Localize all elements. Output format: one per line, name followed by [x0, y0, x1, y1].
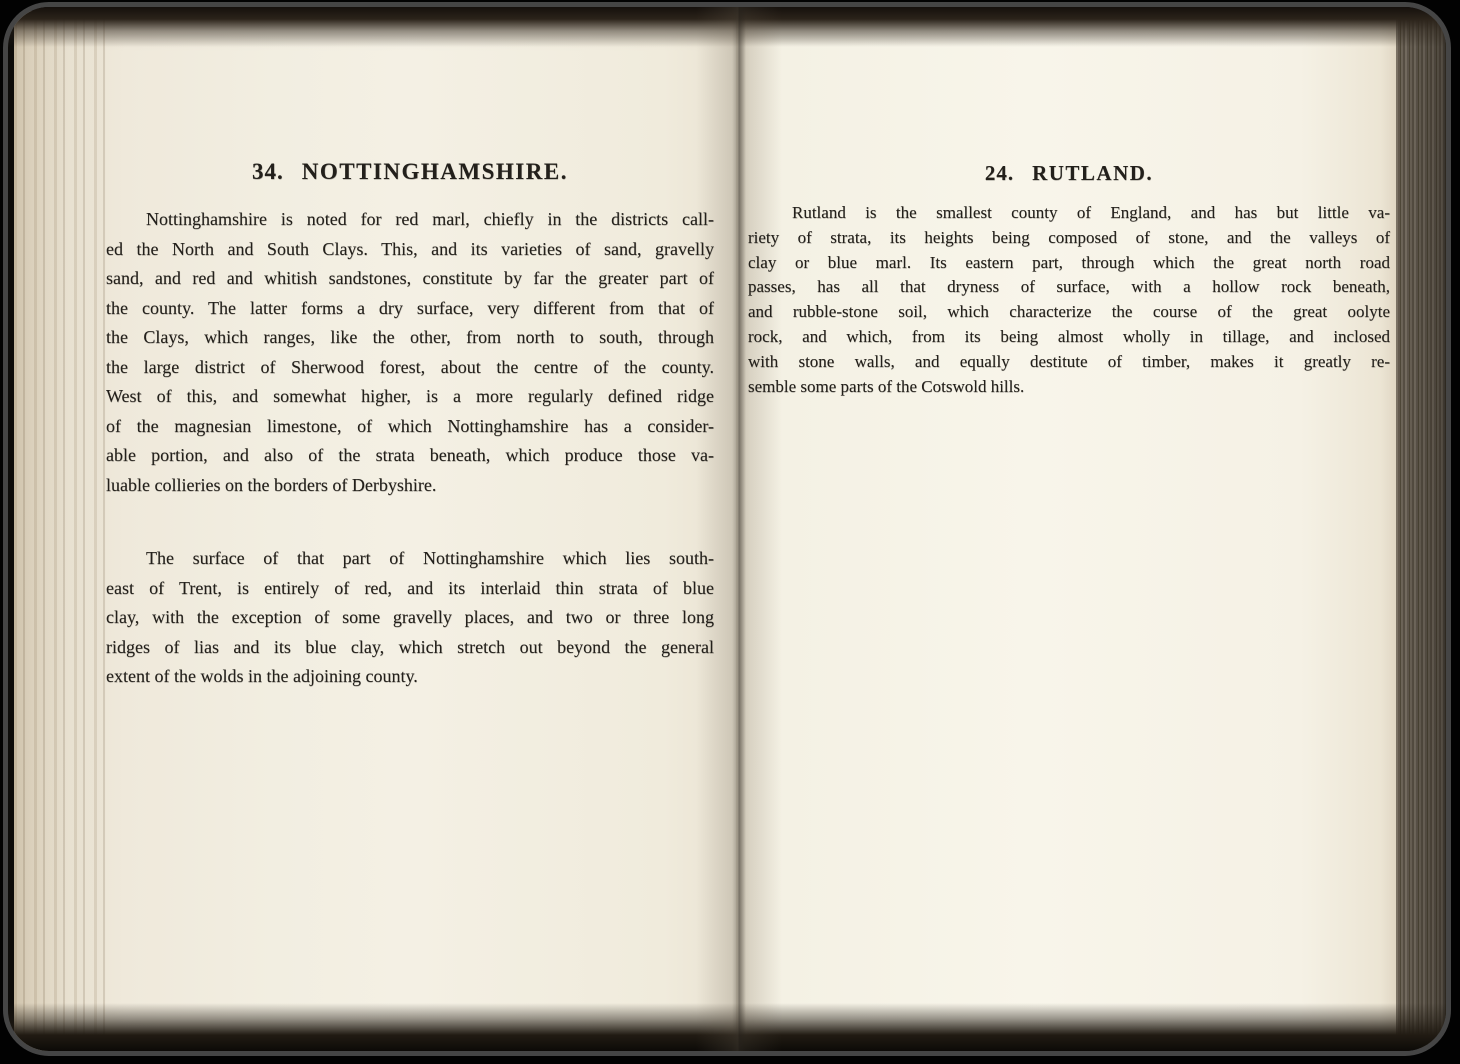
left-page-heading: 34.NOTTINGHAMSHIRE.: [106, 157, 714, 187]
text-line: Nottinghamshire is noted for red marl, c…: [106, 205, 714, 235]
text-line: ed the North and South Clays. This, and …: [106, 235, 714, 265]
text-line: and rubble-stone soil, which characteriz…: [748, 300, 1390, 325]
text-line: east of Trent, is entirely of red, and i…: [106, 574, 714, 604]
text-line: able portion, and also of the strata ben…: [106, 441, 714, 471]
text-line: Rutland is the smallest county of Englan…: [748, 201, 1390, 226]
book-photo-frame: 34.NOTTINGHAMSHIRE. Nottinghamshire is n…: [3, 2, 1451, 1056]
text-line: the large district of Sherwood forest, a…: [106, 353, 714, 383]
text-line: of the magnesian limestone, of which Not…: [106, 412, 714, 442]
left-paragraph-2: The surface of that part of Nottinghamsh…: [106, 544, 714, 692]
right-section-title: RUTLAND.: [1032, 161, 1153, 185]
text-line: the county. The latter forms a dry surfa…: [106, 294, 714, 324]
text-line: The surface of that part of Nottinghamsh…: [106, 544, 714, 574]
left-section-number: 34.: [252, 159, 284, 184]
left-section-title: NOTTINGHAMSHIRE.: [302, 159, 568, 184]
right-section-number: 24.: [985, 161, 1014, 185]
text-line: with stone walls, and equally destitute …: [748, 350, 1390, 375]
text-line: extent of the wolds in the adjoining cou…: [106, 662, 714, 692]
text-line: clay, with the exception of some gravell…: [106, 603, 714, 633]
left-page-text: 34.NOTTINGHAMSHIRE. Nottinghamshire is n…: [106, 157, 714, 692]
text-line: the Clays, which ranges, like the other,…: [106, 323, 714, 353]
text-line: riety of strata, its heights being compo…: [748, 226, 1390, 251]
text-line: passes, has all that dryness of surface,…: [748, 275, 1390, 300]
text-line: sand, and red and whitish sandstones, co…: [106, 264, 714, 294]
left-page-edge-striations: [14, 11, 106, 1051]
book-fore-edge: [1396, 15, 1451, 1049]
open-book: 34.NOTTINGHAMSHIRE. Nottinghamshire is n…: [8, 7, 1446, 1051]
text-line: rock, and which, from its being almost w…: [748, 325, 1390, 350]
photo-background: 34.NOTTINGHAMSHIRE. Nottinghamshire is n…: [0, 0, 1460, 1064]
right-paragraph-1: Rutland is the smallest county of Englan…: [748, 201, 1390, 399]
text-line: West of this, and somewhat higher, is a …: [106, 382, 714, 412]
right-page-text: 24.RUTLAND. Rutland is the smallest coun…: [748, 159, 1390, 399]
text-line: semble some parts of the Cotswold hills.: [748, 375, 1390, 400]
text-line: luable collieries on the borders of Derb…: [106, 471, 714, 501]
right-page-heading: 24.RUTLAND.: [748, 159, 1390, 187]
text-line: ridges of lias and its blue clay, which …: [106, 633, 714, 663]
text-line: clay or blue marl. Its eastern part, thr…: [748, 251, 1390, 276]
left-paragraph-1: Nottinghamshire is noted for red marl, c…: [106, 205, 714, 500]
